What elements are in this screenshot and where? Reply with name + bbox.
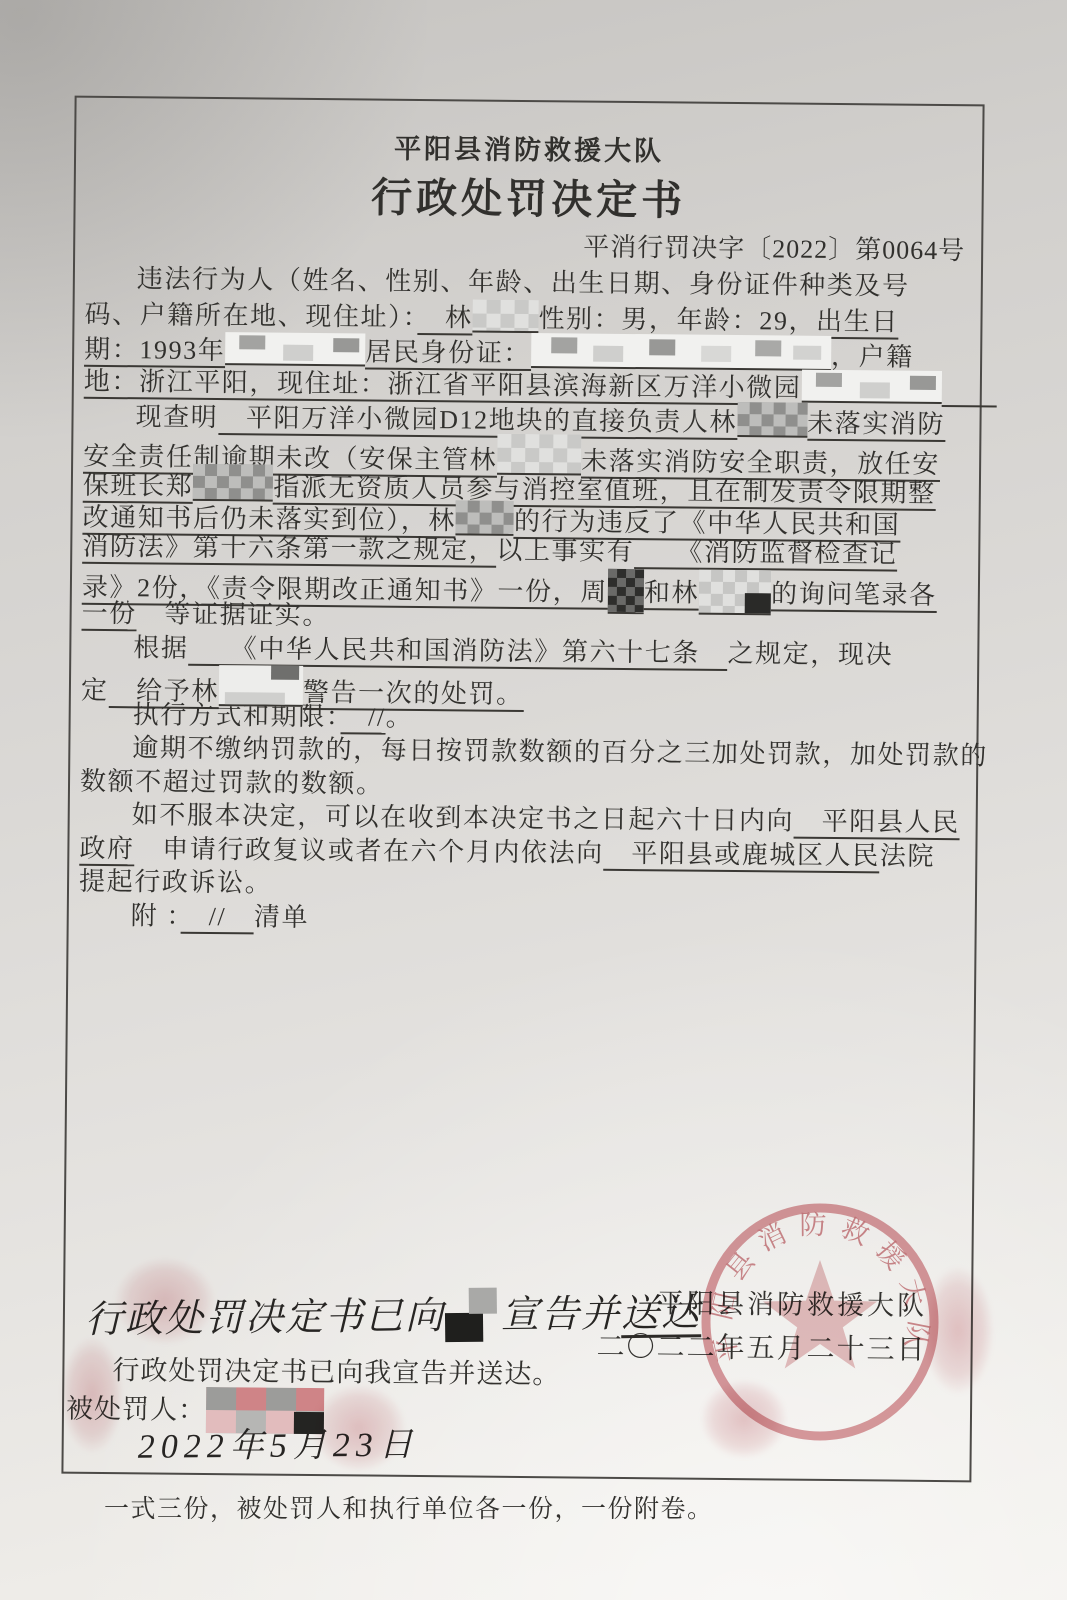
body-text-segment: 。 [386,702,414,731]
redaction-mosaic [456,500,514,536]
body-text-segment: 消防法》第十六条第一款之规定， [82,532,496,568]
body-text-segment: 码、户籍所在地、现住址）： [84,299,417,331]
body-text-segment: 以上事实有 [496,536,634,566]
body-text-segment: 现查明 [135,402,218,432]
body-text-segment: // [340,702,386,734]
body-text-segment: 清单 [254,902,309,932]
body-text-segment: 林 [417,302,473,335]
fingerprint-smudge [52,1320,132,1470]
body-text-segment: 如不服本决定，可以在收到本决定书之日起六十日内向 [132,800,795,835]
body-text-segment: 等证据证实。 [137,599,330,630]
body-line: 附 ： // 清单 [79,898,969,940]
body-text-segment: 政府 [79,833,135,866]
body-text-segment: 平阳县人民 [794,807,960,841]
body-text-segment: 违法行为人（姓名、性别、年龄、出生日期、身份证件种类及号 [137,264,910,300]
body-text-segment: 平阳县或鹿城区人民 [604,838,880,873]
body-text-segment: 法院 [880,841,935,871]
redaction-mosaic [219,665,303,707]
body-text-segment: 提起行政诉讼。 [79,867,272,898]
body-text-segment: 《消防监督检查记 [634,537,897,572]
body-text-segment: 和林 [644,578,700,611]
redaction-mosaic [445,1288,502,1343]
fingerprint-smudge [912,1248,1004,1413]
body-text-segment: 定 [81,676,109,705]
redaction-mosaic [225,332,365,366]
redaction-mosaic [737,402,807,438]
redaction-mosaic [472,299,538,333]
redaction-mosaic [193,464,273,502]
redaction-mosaic [608,568,644,613]
body-text-segment: 逾期不缴纳罚款的，每日按罚款数额的百分之三加处罚款，加处罚款的 [132,733,988,770]
redaction-mosaic [699,569,771,615]
body-text-segment: 之规定，现决 [727,638,893,669]
fingerprint-smudge [688,1368,800,1470]
redaction-mosaic [531,333,831,371]
body-text-segment: 数额不超过罚款的数额。 [80,766,384,798]
document-title: 行政处罚决定书 [75,162,982,230]
photographed-paper-background: 平阳县消防救援大队 行政处罚决定书 平消行罚决字〔2022〕第0064号 违法行… [0,0,1067,1600]
copies-distribution-note: 一式三份，被处罚人和执行单位各一份，一份附卷。 [104,1489,714,1525]
body-text-segment [941,374,997,407]
body-text-segment: 申请行政复议或者在六个月内依法向 [134,834,603,868]
seal-star-icon [763,1260,877,1369]
body-lines: 违法行为人（姓名、性别、年龄、出生日期、身份证件种类及号码、户籍所在地、现住址）… [79,262,975,941]
redaction-mosaic [801,369,941,403]
body-text-segment: // [181,901,254,934]
body-text-segment: 附 ： [131,901,182,930]
body-text-segment: 一份 [81,599,137,632]
fingerprint-smudge [298,1372,420,1484]
body-text-segment: 根据 [133,633,188,663]
body-text-segment: 的询问笔录各 [771,579,937,613]
document-number: 平消行罚决字〔2022〕第0064号 [583,227,965,268]
